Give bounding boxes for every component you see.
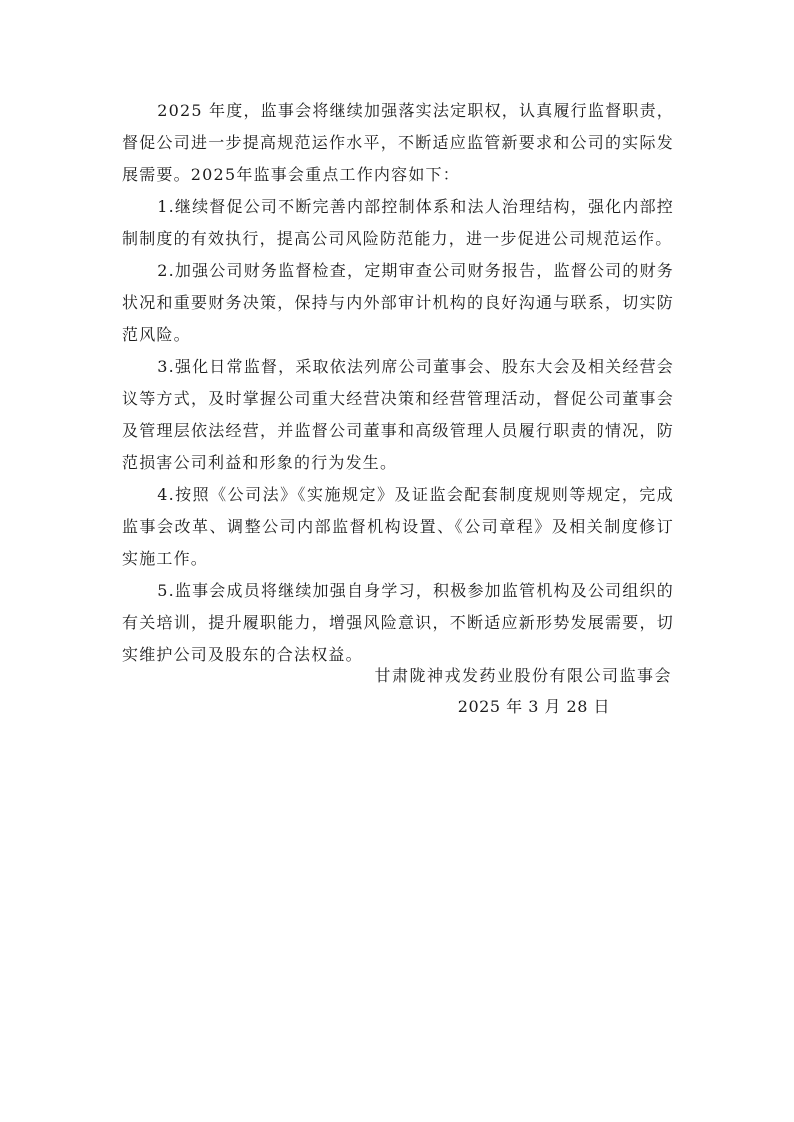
document-body: 2025 年度，监事会将继续加强落实法定职权，认真履行监督职责，督促公司进一步提… [122,95,674,671]
signature-block: 甘肃陇神戎发药业股份有限公司监事会 2025 年 3 月 28 日 [374,660,672,722]
signature-organization: 甘肃陇神戎发药业股份有限公司监事会 [374,660,672,691]
work-item-2: 2.加强公司财务监督检查，定期审查公司财务报告，监督公司的财务状况和重要财务决策… [122,255,674,351]
work-item-4: 4.按照《公司法》《实施规定》及证监会配套制度规则等规定，完成监事会改革、调整公… [122,479,674,575]
work-item-1: 1.继续督促公司不断完善内部控制体系和法人治理结构，强化内部控制制度的有效执行，… [122,191,674,255]
signature-date: 2025 年 3 月 28 日 [374,691,672,722]
work-item-3: 3.强化日常监督，采取依法列席公司董事会、股东大会及相关经营会议等方式，及时掌握… [122,351,674,479]
work-item-5: 5.监事会成员将继续加强自身学习，积极参加监管机构及公司组织的有关培训，提升履职… [122,575,674,671]
intro-paragraph: 2025 年度，监事会将继续加强落实法定职权，认真履行监督职责，督促公司进一步提… [122,95,674,191]
document-page: 2025 年度，监事会将继续加强落实法定职权，认真履行监督职责，督促公司进一步提… [0,0,794,1122]
